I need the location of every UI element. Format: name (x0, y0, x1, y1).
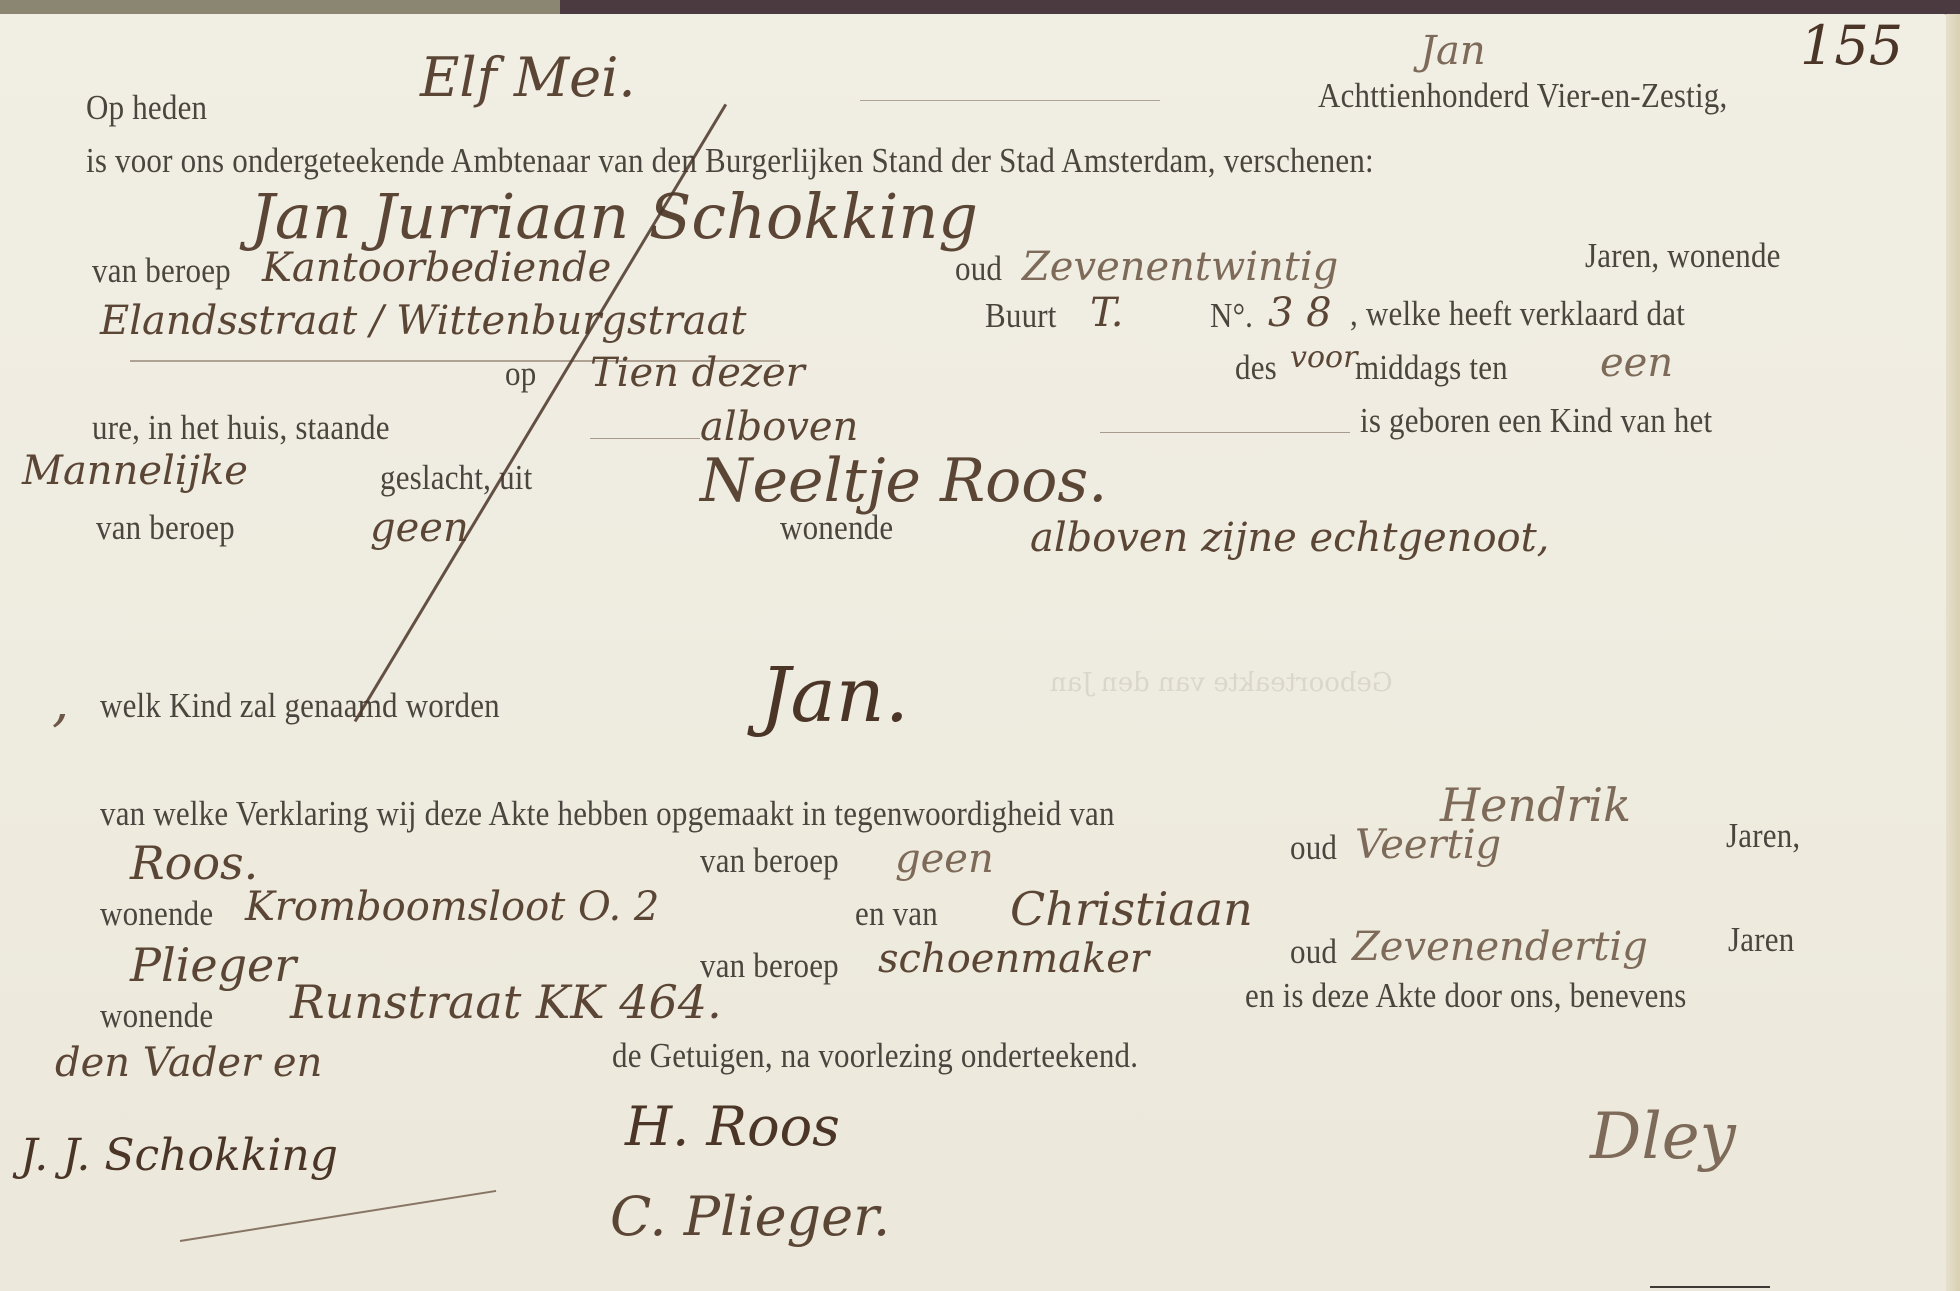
printed-oud-3: oud (1290, 932, 1337, 972)
printed-wonende-2: wonende (100, 894, 213, 934)
hw-declarant-age: Zevenentwintig (1022, 244, 1338, 290)
hw-house-no: 3 8 (1268, 290, 1332, 336)
hw-sex: Mannelijke (22, 448, 248, 494)
signature-official: Dley (1590, 1100, 1736, 1174)
margin-annotation: Jan (1420, 28, 1486, 74)
hw-child-name: Jan. (760, 650, 909, 739)
printed-en-is-deze: en is deze Akte door ons, benevens (1245, 976, 1687, 1016)
hw-witness2-occupation: schoenmaker (878, 936, 1149, 982)
hw-declarant-street: Elandsstraat / Wittenburgstraat (100, 298, 747, 344)
printed-op: op (505, 354, 536, 394)
hw-hour: een (1600, 340, 1673, 386)
printed-year: Achttienhonderd Vier-en-Zestig, (1318, 76, 1727, 116)
bleed-through-text: Geboorteakte van den Jan (1050, 668, 1393, 698)
printed-verklaring: van welke Verklaring wij deze Akte hebbe… (100, 794, 1115, 834)
hw-comma-mark: , (52, 670, 69, 733)
printed-jaren-wonende: Jaren, wonende (1585, 236, 1781, 276)
printed-welke-heeft: , welke heeft verklaard dat (1350, 294, 1685, 334)
printed-ure-huis: ure, in het huis, staande (92, 408, 390, 448)
printed-van-beroep-1: van beroep (92, 251, 231, 291)
printed-jaren-2: Jaren, (1726, 816, 1800, 856)
printed-welk-kind: welk Kind zal genaamd worden (100, 686, 500, 726)
hw-time-of-day: voor (1290, 340, 1357, 375)
fill-line (1100, 432, 1350, 433)
printed-des: des (1235, 348, 1277, 388)
printed-buurt: Buurt (985, 296, 1057, 336)
printed-getuigen: de Getuigen, na voorlezing onderteekend. (612, 1036, 1138, 1076)
hw-den-vader: den Vader en (55, 1040, 322, 1086)
hw-mother-name: Neeltje Roos. (700, 446, 1107, 516)
hw-date: Elf Mei. (420, 46, 636, 109)
hw-mother-residence: alboven zijne echtgenoot, (1030, 515, 1549, 561)
printed-oud-1: oud (955, 249, 1002, 289)
printed-wonende-1: wonende (780, 508, 893, 548)
fill-line (590, 438, 700, 439)
printed-middags-ten: middags ten (1355, 348, 1508, 388)
printed-van-beroep-2: van beroep (96, 508, 235, 548)
hw-declarant-name: Jan Jurriaan Schokking (250, 180, 978, 253)
printed-line2: is voor ons ondergeteekende Ambtenaar va… (86, 141, 1374, 181)
hw-witness2-age: Zevenendertig (1352, 924, 1648, 970)
fill-line (860, 100, 1160, 101)
hw-witness1-residence: Kromboomsloot O. 2 (245, 884, 659, 930)
printed-wonende-3: wonende (100, 996, 213, 1036)
signature-father: J. J. Schokking (20, 1130, 338, 1181)
hw-witness2-first: Christiaan (1010, 882, 1253, 936)
closing-rule (1650, 1286, 1770, 1288)
hw-mother-occupation: geen (370, 505, 469, 551)
printed-no: N°. (1210, 296, 1253, 336)
hw-witness1-age: Veertig (1355, 822, 1501, 868)
hw-birth-house: alboven (700, 404, 858, 450)
hw-witness2-residence: Runstraat KK 464. (290, 975, 722, 1029)
printed-jaren-3: Jaren (1728, 920, 1794, 960)
printed-en-van: en van (855, 894, 938, 934)
hw-witness2-last: Plieger (130, 938, 296, 992)
printed-oud-2: oud (1290, 828, 1337, 868)
signature-witness2: C. Plieger. (610, 1185, 890, 1248)
hw-buurt: T. (1090, 290, 1124, 336)
signature-witness1: H. Roos (625, 1095, 840, 1158)
hw-witness1-last: Roos. (130, 836, 258, 890)
hw-declarant-occupation: Kantoorbediende (262, 245, 611, 291)
hw-birth-day: Tien dezer (590, 350, 805, 396)
printed-op-heden: Op heden (86, 88, 207, 128)
hw-witness1-occupation: geen (895, 836, 994, 882)
page-edge (1946, 14, 1960, 1291)
page-number: 155 (1800, 14, 1903, 77)
printed-van-beroep-3: van beroep (700, 841, 839, 881)
printed-is-geboren: is geboren een Kind van het (1360, 401, 1712, 441)
